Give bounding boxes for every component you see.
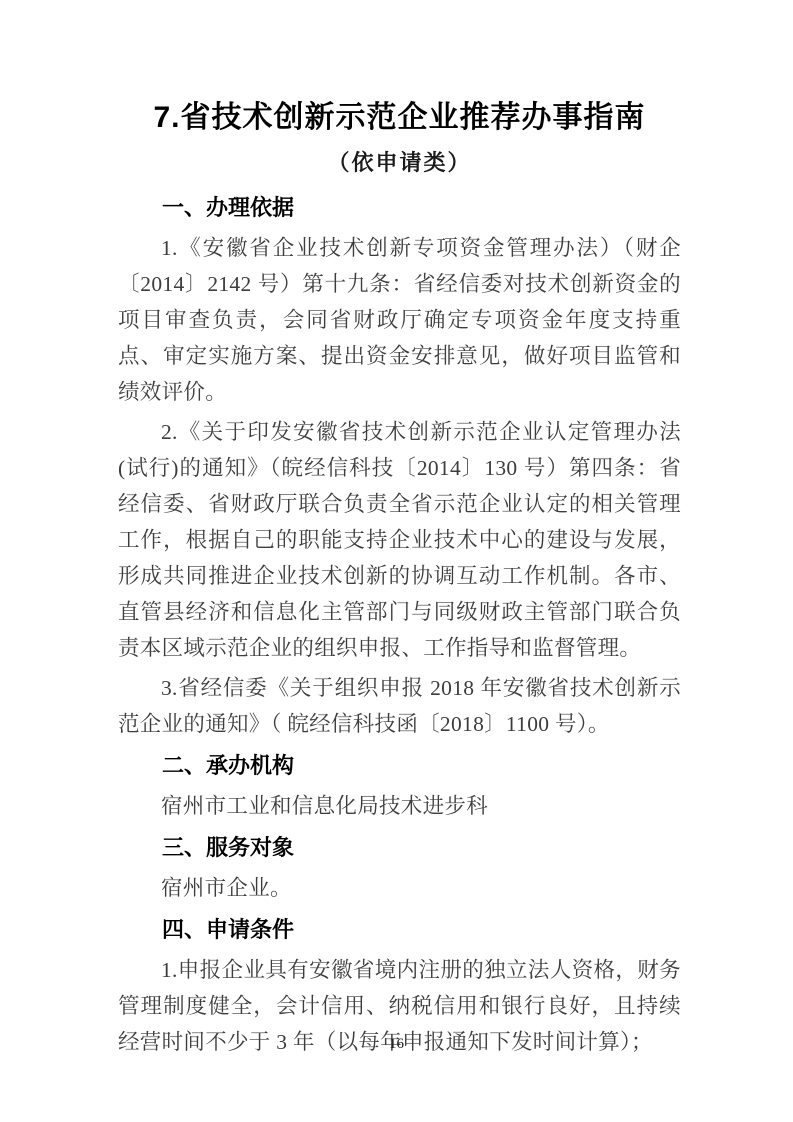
page-subtitle: （依申请类） — [118, 142, 681, 184]
section-audience: 三、服务对象 宿州市企业。 — [118, 830, 681, 906]
section-heading-audience: 三、服务对象 — [118, 830, 681, 866]
section-heading-basis: 一、办理依据 — [118, 190, 681, 226]
paragraph: 宿州市工业和信息化局技术进步科 — [118, 788, 681, 824]
paragraph: 2.《关于印发安徽省技术创新示范企业认定管理办法(试行)的通知》（皖经信科技〔2… — [118, 414, 681, 666]
paragraph: 宿州市企业。 — [118, 870, 681, 906]
page-title: 7.省技术创新示范企业推荐办事指南 — [118, 94, 681, 142]
document-page: 7.省技术创新示范企业推荐办事指南 （依申请类） 一、办理依据 1.《安徽省企业… — [0, 0, 793, 1122]
page-number: 16 — [0, 1032, 793, 1056]
section-heading-conditions: 四、申请条件 — [118, 912, 681, 948]
paragraph: 3.省经信委《关于组织申报 2018 年安徽省技术创新示范企业的通知》（ 皖经信… — [118, 670, 681, 742]
section-agency: 二、承办机构 宿州市工业和信息化局技术进步科 — [118, 748, 681, 824]
paragraph: 1.《安徽省企业技术创新专项资金管理办法）（财企〔2014〕2142 号）第十九… — [118, 230, 681, 410]
section-basis: 一、办理依据 1.《安徽省企业技术创新专项资金管理办法）（财企〔2014〕214… — [118, 190, 681, 742]
section-heading-agency: 二、承办机构 — [118, 748, 681, 784]
